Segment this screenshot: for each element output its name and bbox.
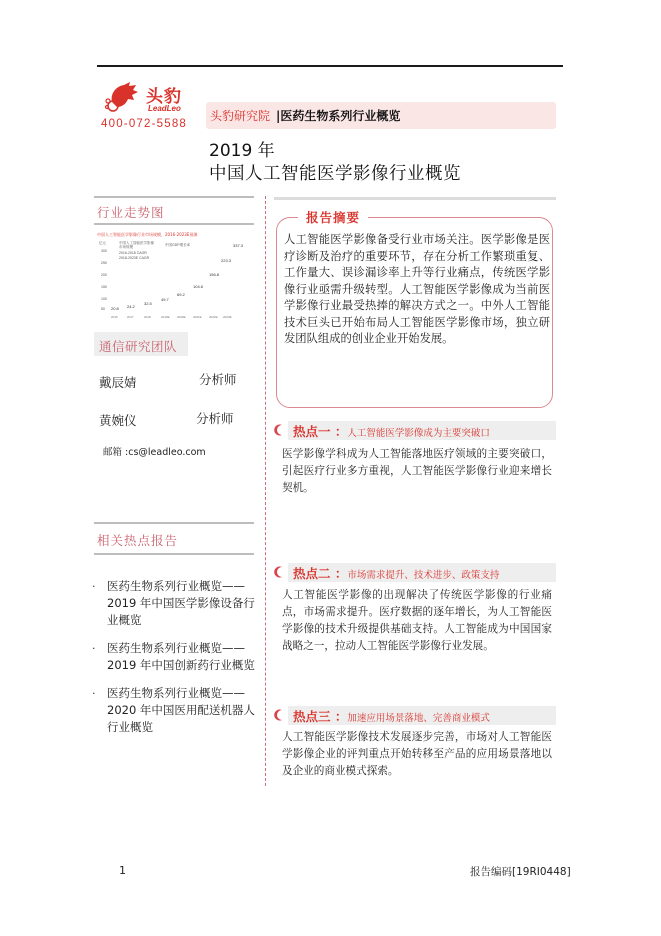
svg-text:50: 50 (101, 307, 105, 311)
trend-heading: 行业走势图 (97, 203, 165, 221)
svg-text:2019E: 2019E (161, 315, 170, 319)
svg-text:104.6: 104.6 (193, 284, 204, 289)
divider (274, 197, 556, 200)
related-report-title: 医药生物系列行业概览——2019 年中国医学影像设备行业概览 (107, 579, 255, 627)
hotspot-header: 热点三 ：加速应用场景落地、完善商业模式 (273, 706, 556, 725)
brand-name-en: LeadLeo (148, 104, 181, 113)
hotspot-header: 热点一 ：人工智能医学影像成为主要突破口 (273, 421, 556, 440)
svg-text:2021E: 2021E (193, 315, 202, 319)
svg-text:69.2: 69.2 (177, 292, 186, 297)
svg-text:200: 200 (101, 273, 107, 277)
svg-text:中国GDP增长率: 中国GDP增长率 (165, 242, 191, 247)
trend-chart: 中国人工智能医学影像行业市场规模，2016-2023E预测 亿元 中国人工智能医… (97, 232, 247, 322)
top-rule (97, 65, 563, 67)
svg-text:2023E: 2023E (223, 315, 232, 319)
phone-number: 400-072-5588 (101, 118, 187, 130)
hotspot-body: 医学影像学科成为人工智能落地医疗领域的主要突破口，引起医疗行业多方重视，人工智能… (282, 446, 552, 497)
summary-label: 报告摘要 (298, 208, 368, 226)
report-year: 2019 年 (209, 136, 275, 161)
series-org: 头豹研究院 (210, 107, 270, 124)
svg-text:20.8: 20.8 (111, 306, 120, 311)
svg-text:156.8: 156.8 (209, 272, 220, 277)
svg-text:250: 250 (101, 261, 107, 265)
hotspot-subtitle: 加速应用场景落地、完善商业模式 (347, 713, 490, 724)
hotspot-title: 热点一 ：人工智能医学影像成为主要突破口 (293, 422, 490, 440)
hotspot-label: 热点一 ： (293, 424, 347, 439)
svg-text:300: 300 (101, 249, 107, 253)
related-report-link[interactable]: · 医药生物系列行业概览——2019 年中国医学影像设备行业概览 (90, 578, 262, 629)
svg-text:2020E: 2020E (177, 315, 186, 319)
svg-text:100: 100 (101, 297, 107, 301)
divider (94, 553, 254, 555)
svg-text:2017: 2017 (127, 315, 134, 319)
svg-text:市场规模: 市场规模 (119, 244, 133, 249)
hotspot-header: 热点二 ：市场需求提升、技术进步、政策支持 (273, 563, 556, 582)
svg-text:223.3: 223.3 (221, 258, 232, 263)
column-divider (265, 196, 266, 786)
bullet-icon: · (92, 578, 96, 595)
divider (94, 196, 254, 198)
analyst-role: 分析师 (196, 409, 234, 427)
hotspot-body: 人工智能医学影像的出现解决了传统医学影像的行业痛点，市场需求提升。医疗数据的逐年… (282, 587, 552, 655)
bullet-icon: · (92, 640, 96, 657)
svg-text:2016-2018 CAGR: 2016-2018 CAGR (119, 251, 147, 255)
series-name: |医药生物系列行业概览 (276, 107, 400, 124)
summary-text: 人工智能医学影像备受行业市场关注。医学影像是医疗诊断及治疗的重要环节，存在分析工… (284, 232, 550, 348)
svg-text:2018: 2018 (144, 315, 151, 319)
crescent-icon (273, 424, 285, 436)
related-heading: 相关热点报告 (97, 531, 178, 549)
hotspot-title: 热点二 ：市场需求提升、技术进步、政策支持 (293, 564, 499, 582)
related-report-title: 医药生物系列行业概览——2019 年中国创新药行业概览 (107, 641, 255, 672)
svg-text:150: 150 (101, 285, 107, 289)
logo: 头豹 LeadLeo (104, 80, 194, 116)
svg-text:49.7: 49.7 (161, 297, 170, 302)
crescent-icon (273, 566, 285, 578)
series-banner: 头豹研究院 |医药生物系列行业概览 (206, 102, 556, 129)
contact-email[interactable]: 邮箱 :cs@leadleo.com (103, 444, 206, 458)
analyst-role: 分析师 (199, 370, 237, 388)
svg-text:337.3: 337.3 (233, 243, 244, 248)
chart-plot: 亿元 中国人工智能医学影像 市场规模 2016-2018 CAGR 2018-2… (97, 238, 247, 320)
y-axis-label: 亿元 (99, 240, 106, 245)
svg-text:2022E: 2022E (209, 315, 218, 319)
page-number: 1 (119, 864, 126, 877)
analyst-name: 戴辰婧 (99, 373, 137, 391)
related-report-link[interactable]: · 医药生物系列行业概览——2019 年中国创新药行业概览 (90, 640, 262, 674)
related-report-link[interactable]: · 医药生物系列行业概览——2020 年中国医用配送机器人行业概览 (90, 685, 262, 736)
hotspot-title: 热点三 ：加速应用场景落地、完善商业模式 (293, 707, 490, 725)
divider (94, 223, 254, 225)
svg-text:32.5: 32.5 (144, 301, 153, 306)
report-code: 报告编码[19RI0448] (470, 864, 571, 879)
svg-text:24.2: 24.2 (127, 304, 136, 309)
hotspot-label: 热点三 ： (293, 709, 347, 724)
analyst-name: 黄婉仪 (99, 411, 137, 429)
bullet-icon: · (92, 685, 96, 702)
crescent-icon (273, 709, 285, 721)
report-title: 中国人工智能医学影像行业概览 (209, 160, 461, 185)
hotspot-body: 人工智能医学影像技术发展逐步完善，市场对人工智能医学影像企业的评判重点开始转移至… (282, 729, 552, 780)
hotspot-subtitle: 市场需求提升、技术进步、政策支持 (347, 570, 499, 581)
svg-text:2016: 2016 (111, 315, 118, 319)
team-heading: 通信研究团队 (99, 337, 177, 355)
hotspot-subtitle: 人工智能医学影像成为主要突破口 (347, 428, 490, 439)
divider (94, 522, 254, 524)
hotspot-label: 热点二 ： (293, 566, 347, 581)
svg-text:2018-2023E CAGR: 2018-2023E CAGR (119, 256, 150, 260)
related-reports-list: · 医药生物系列行业概览——2019 年中国医学影像设备行业概览 · 医药生物系… (90, 578, 262, 747)
related-report-title: 医药生物系列行业概览——2020 年中国医用配送机器人行业概览 (107, 686, 255, 734)
leopard-logo-icon (104, 80, 140, 114)
